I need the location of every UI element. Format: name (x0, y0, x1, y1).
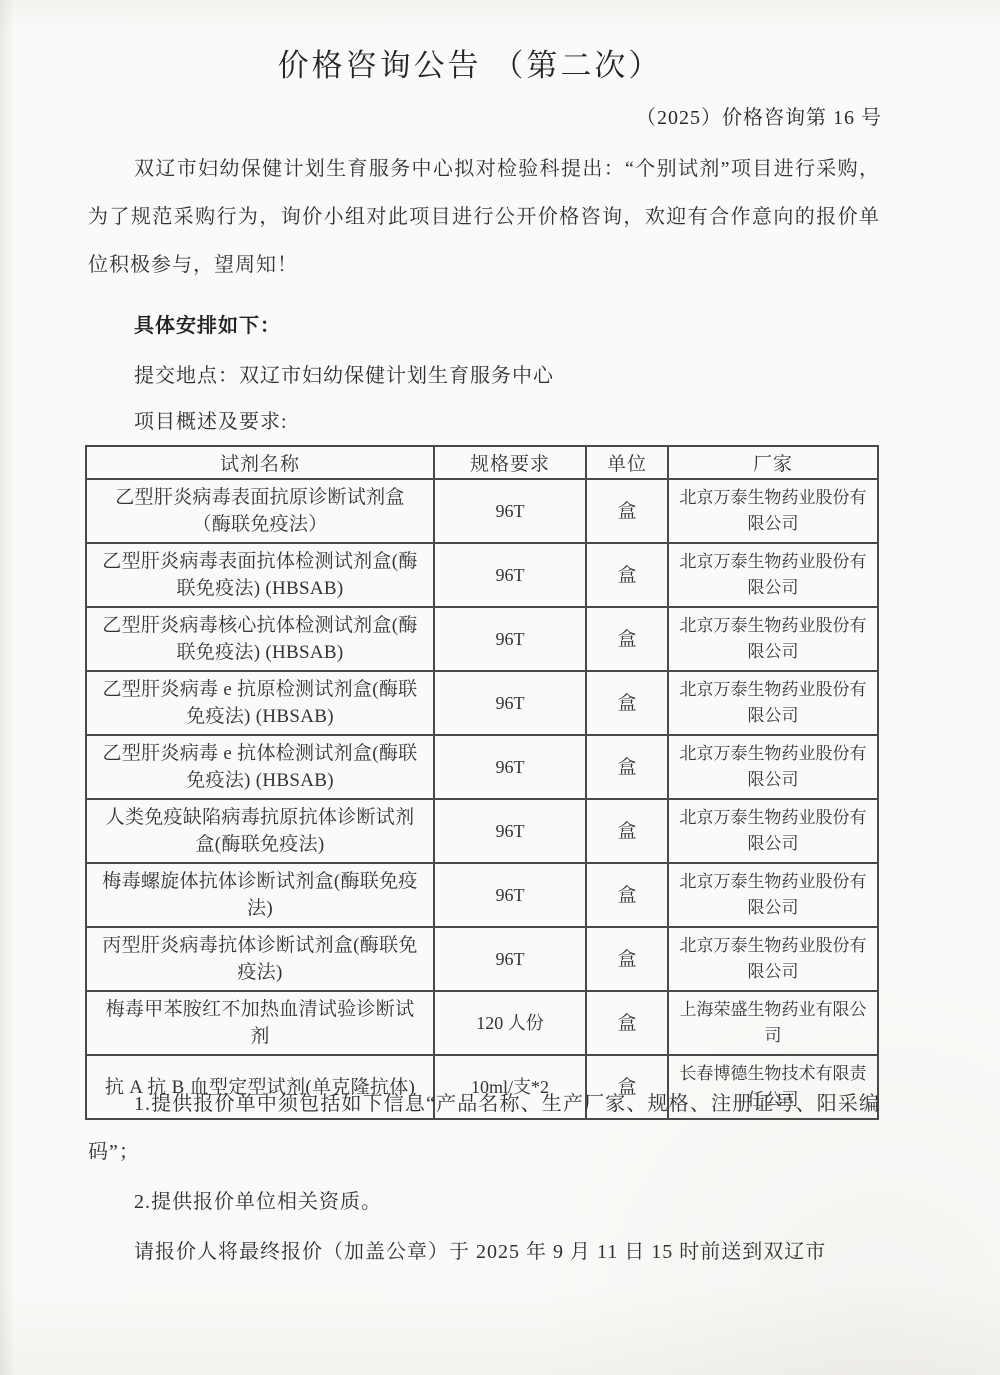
table-row: 乙型肝炎病毒核心抗体检测试剂盒(酶联免疫法) (HBSAB)96T盒北京万泰生物… (86, 607, 878, 671)
note-2: 2.提供报价单位相关资质。 (88, 1178, 880, 1226)
reagent-name-cell: 乙型肝炎病毒 e 抗体检测试剂盒(酶联免疫法) (HBSAB) (86, 735, 434, 799)
unit-cell: 盒 (586, 671, 668, 735)
manufacturer-cell: 北京万泰生物药业股份有限公司 (668, 863, 878, 927)
table-row: 人类免疫缺陷病毒抗原抗体诊断试剂盒(酶联免疫法)96T盒北京万泰生物药业股份有限… (86, 799, 878, 863)
document-title: 价格咨询公告 （第二次） (0, 40, 940, 85)
table-row: 乙型肝炎病毒 e 抗原检测试剂盒(酶联免疫法) (HBSAB)96T盒北京万泰生… (86, 671, 878, 735)
reagent-table-header: 试剂名称 规格要求 单位 厂家 (86, 446, 878, 479)
unit-cell: 盒 (586, 543, 668, 607)
unit-cell: 盒 (586, 607, 668, 671)
spec-cell: 120 人份 (434, 991, 586, 1055)
manufacturer-cell: 北京万泰生物药业股份有限公司 (668, 543, 878, 607)
unit-cell: 盒 (586, 799, 668, 863)
reagent-name-cell: 乙型肝炎病毒表面抗原诊断试剂盒（酶联免疫法） (86, 479, 434, 543)
spec-cell: 96T (434, 671, 586, 735)
table-caption: 项目概述及要求: (134, 405, 288, 434)
header-unit: 单位 (586, 446, 668, 479)
intro-paragraph: 双辽市妇幼保健计划生育服务中心拟对检验科提出：“个别试剂”项目进行采购，为了规范… (88, 145, 880, 289)
table-row: 梅毒螺旋体抗体诊断试剂盒(酶联免疫法)96T盒北京万泰生物药业股份有限公司 (86, 863, 878, 927)
spec-cell: 96T (434, 607, 586, 671)
manufacturer-cell: 北京万泰生物药业股份有限公司 (668, 735, 878, 799)
table-row: 梅毒甲苯胺红不加热血清试验诊断试剂120 人份盒上海荣盛生物药业有限公司 (86, 991, 878, 1055)
unit-cell: 盒 (586, 991, 668, 1055)
note-1: 1.提供报价单中须包括如下信息“产品名称、生产厂家、规格、注册证号、阳采编码”； (88, 1080, 880, 1176)
reagent-name-cell: 梅毒螺旋体抗体诊断试剂盒(酶联免疫法) (86, 863, 434, 927)
spec-cell: 96T (434, 863, 586, 927)
table-row: 乙型肝炎病毒表面抗原诊断试剂盒（酶联免疫法）96T盒北京万泰生物药业股份有限公司 (86, 479, 878, 543)
reagent-name-cell: 梅毒甲苯胺红不加热血清试验诊断试剂 (86, 991, 434, 1055)
manufacturer-cell: 北京万泰生物药业股份有限公司 (668, 799, 878, 863)
table-row: 乙型肝炎病毒 e 抗体检测试剂盒(酶联免疫法) (HBSAB)96T盒北京万泰生… (86, 735, 878, 799)
spec-cell: 96T (434, 735, 586, 799)
spec-cell: 96T (434, 927, 586, 991)
spec-cell: 96T (434, 799, 586, 863)
submit-location-line: 提交地点：双辽市妇幼保健计划生育服务中心 (134, 359, 554, 388)
arrangement-heading: 具体安排如下： (134, 309, 281, 338)
manufacturer-cell: 上海荣盛生物药业有限公司 (668, 991, 878, 1055)
reagent-table: 试剂名称 规格要求 单位 厂家 乙型肝炎病毒表面抗原诊断试剂盒（酶联免疫法）96… (85, 445, 879, 1120)
table-row: 乙型肝炎病毒表面抗体检测试剂盒(酶联免疫法) (HBSAB)96T盒北京万泰生物… (86, 543, 878, 607)
manufacturer-cell: 北京万泰生物药业股份有限公司 (668, 607, 878, 671)
unit-cell: 盒 (586, 863, 668, 927)
manufacturer-cell: 北京万泰生物药业股份有限公司 (668, 671, 878, 735)
reagent-table-body: 乙型肝炎病毒表面抗原诊断试剂盒（酶联免疫法）96T盒北京万泰生物药业股份有限公司… (86, 479, 878, 1119)
table-row: 丙型肝炎病毒抗体诊断试剂盒(酶联免疫法)96T盒北京万泰生物药业股份有限公司 (86, 927, 878, 991)
reagent-name-cell: 丙型肝炎病毒抗体诊断试剂盒(酶联免疫法) (86, 927, 434, 991)
reagent-name-cell: 乙型肝炎病毒 e 抗原检测试剂盒(酶联免疫法) (HBSAB) (86, 671, 434, 735)
header-reagent-name: 试剂名称 (86, 446, 434, 479)
reagent-name-cell: 人类免疫缺陷病毒抗原抗体诊断试剂盒(酶联免疫法) (86, 799, 434, 863)
manufacturer-cell: 北京万泰生物药业股份有限公司 (668, 479, 878, 543)
header-spec: 规格要求 (434, 446, 586, 479)
reagent-name-cell: 乙型肝炎病毒表面抗体检测试剂盒(酶联免疫法) (HBSAB) (86, 543, 434, 607)
header-manufacturer: 厂家 (668, 446, 878, 479)
scanned-document-page: 价格咨询公告 （第二次） （2025）价格咨询第 16 号 双辽市妇幼保健计划生… (0, 0, 1000, 1375)
spec-cell: 96T (434, 543, 586, 607)
deadline-note: 请报价人将最终报价（加盖公章）于 2025 年 9 月 11 日 15 时前送到… (88, 1228, 988, 1276)
document-number: （2025）价格咨询第 16 号 (636, 101, 882, 130)
reagent-name-cell: 乙型肝炎病毒核心抗体检测试剂盒(酶联免疫法) (HBSAB) (86, 607, 434, 671)
unit-cell: 盒 (586, 735, 668, 799)
manufacturer-cell: 北京万泰生物药业股份有限公司 (668, 927, 878, 991)
unit-cell: 盒 (586, 927, 668, 991)
unit-cell: 盒 (586, 479, 668, 543)
spec-cell: 96T (434, 479, 586, 543)
header-row: 试剂名称 规格要求 单位 厂家 (86, 446, 878, 479)
